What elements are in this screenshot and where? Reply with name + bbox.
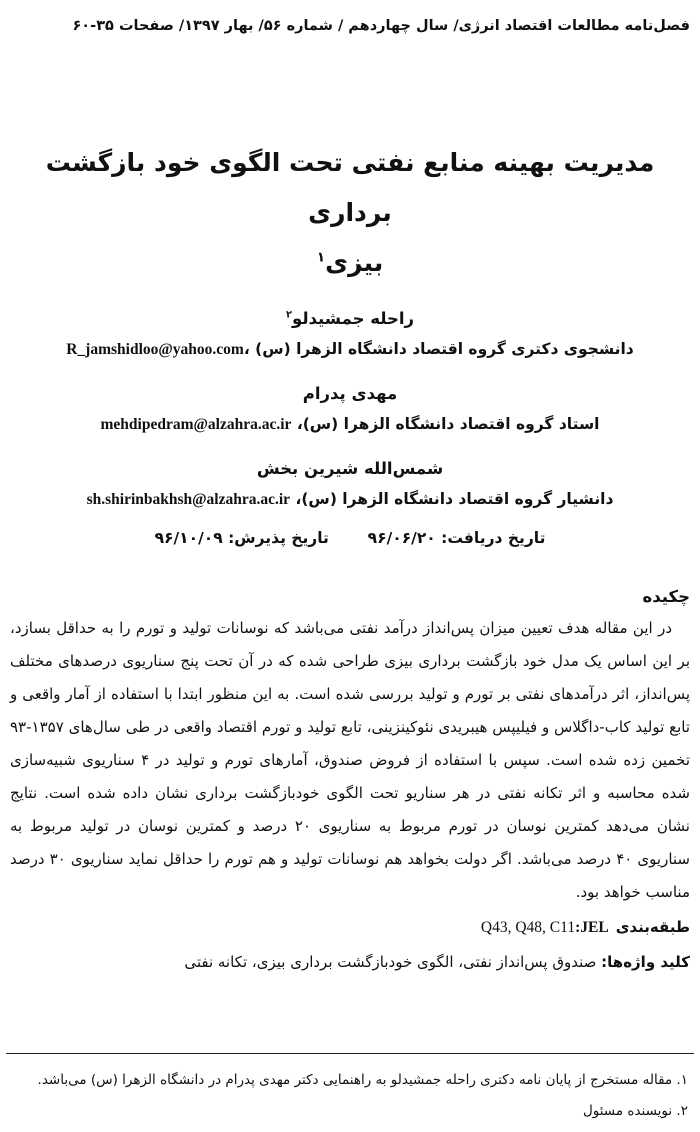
article-title: مدیریت بهینه منابع نفتی تحت الگوی خود با… (14, 138, 686, 288)
author-name-2-text: مهدی پدرام (303, 384, 397, 403)
jel-codes: Q43, Q48, C11 (481, 913, 575, 943)
author-name-3-text: شمس‌الله شیرین بخش (257, 459, 443, 478)
author-affiliation-3: دانشیار گروه اقتصاد دانشگاه الزهرا (س)، … (0, 486, 700, 513)
journal-header-line: فصل‌نامه مطالعات اقتصاد انرژی/ سال چهارد… (0, 0, 700, 38)
jel-label-fa: طبقه‌بندی (616, 912, 690, 942)
received-date-label: تاریخ دریافت: (441, 529, 545, 547)
title-footnote-ref: ۱ (317, 250, 325, 266)
keywords-text: صندوق پس‌انداز نفتی، الگوی خودبازگشت برد… (184, 953, 601, 971)
abstract-body: در این مقاله هدف تعیین میزان پس‌انداز در… (10, 612, 690, 909)
jel-classification-line: Q43, Q48, C11:JEL طبقه‌بندی (10, 912, 690, 943)
received-date-group: تاریخ دریافت: ۹۶/۰۶/۲۰ (362, 529, 545, 547)
author-name-3: شمس‌الله شیرین بخش (0, 456, 700, 482)
dates-line: تاریخ دریافت: ۹۶/۰۶/۲۰ تاریخ پذیرش: ۹۶/۱… (0, 525, 700, 551)
received-date-value: ۹۶/۰۶/۲۰ (368, 529, 436, 547)
author-email-2: mehdipedram@alzahra.ac.ir (101, 416, 292, 433)
footnote-2: ۲. نویسنده مسئول (12, 1097, 688, 1126)
author-name-2: مهدی پدرام (0, 381, 700, 407)
author-affiliation-2-text: استاد گروه اقتصاد دانشگاه الزهرا (س)، (291, 415, 599, 433)
accepted-date-group: تاریخ پذیرش: ۹۶/۱۰/۰۹ (155, 529, 329, 547)
keywords-line: کلید واژه‌ها: صندوق پس‌انداز نفتی، الگوی… (10, 947, 690, 977)
abstract-heading: چکیده (10, 587, 690, 606)
author-email-1: R_jamshidloo@yahoo.com (66, 341, 244, 358)
author-email-3: sh.shirinbakhsh@alzahra.ac.ir (87, 491, 290, 508)
author-affiliation-2: استاد گروه اقتصاد دانشگاه الزهرا (س)، me… (0, 411, 700, 438)
footnote-divider (6, 1053, 694, 1054)
author-affiliation-3-text: دانشیار گروه اقتصاد دانشگاه الزهرا (س)، (290, 490, 613, 508)
author-block-2: مهدی پدرام استاد گروه اقتصاد دانشگاه الز… (0, 381, 700, 438)
article-title-line1: مدیریت بهینه منابع نفتی تحت الگوی خود با… (46, 148, 655, 227)
author-name-1: راحله جمشیدلو۲ (0, 306, 700, 332)
footnote-area: ۱. مقاله مستخرج از پایان نامه دکتری راحل… (0, 1053, 700, 1126)
article-title-line2: بیزی (325, 248, 383, 277)
author-block-3: شمس‌الله شیرین بخش دانشیار گروه اقتصاد د… (0, 456, 700, 513)
paper-page: فصل‌نامه مطالعات اقتصاد انرژی/ سال چهارد… (0, 0, 700, 1132)
keywords-label: کلید واژه‌ها: (601, 953, 690, 971)
jel-label-en: JEL (580, 913, 608, 943)
author-affiliation-1: دانشجوی دکتری گروه اقتصاد دانشگاه الزهرا… (0, 336, 700, 363)
footnote-1: ۱. مقاله مستخرج از پایان نامه دکتری راحل… (12, 1066, 688, 1095)
author-name-1-text: راحله جمشیدلو (292, 309, 414, 328)
author-block-1: راحله جمشیدلو۲ دانشجوی دکتری گروه اقتصاد… (0, 306, 700, 363)
author-affiliation-1-text: دانشجوی دکتری گروه اقتصاد دانشگاه الزهرا… (244, 340, 634, 358)
accepted-date-value: ۹۶/۱۰/۰۹ (155, 529, 223, 547)
accepted-date-label: تاریخ پذیرش: (228, 529, 329, 547)
